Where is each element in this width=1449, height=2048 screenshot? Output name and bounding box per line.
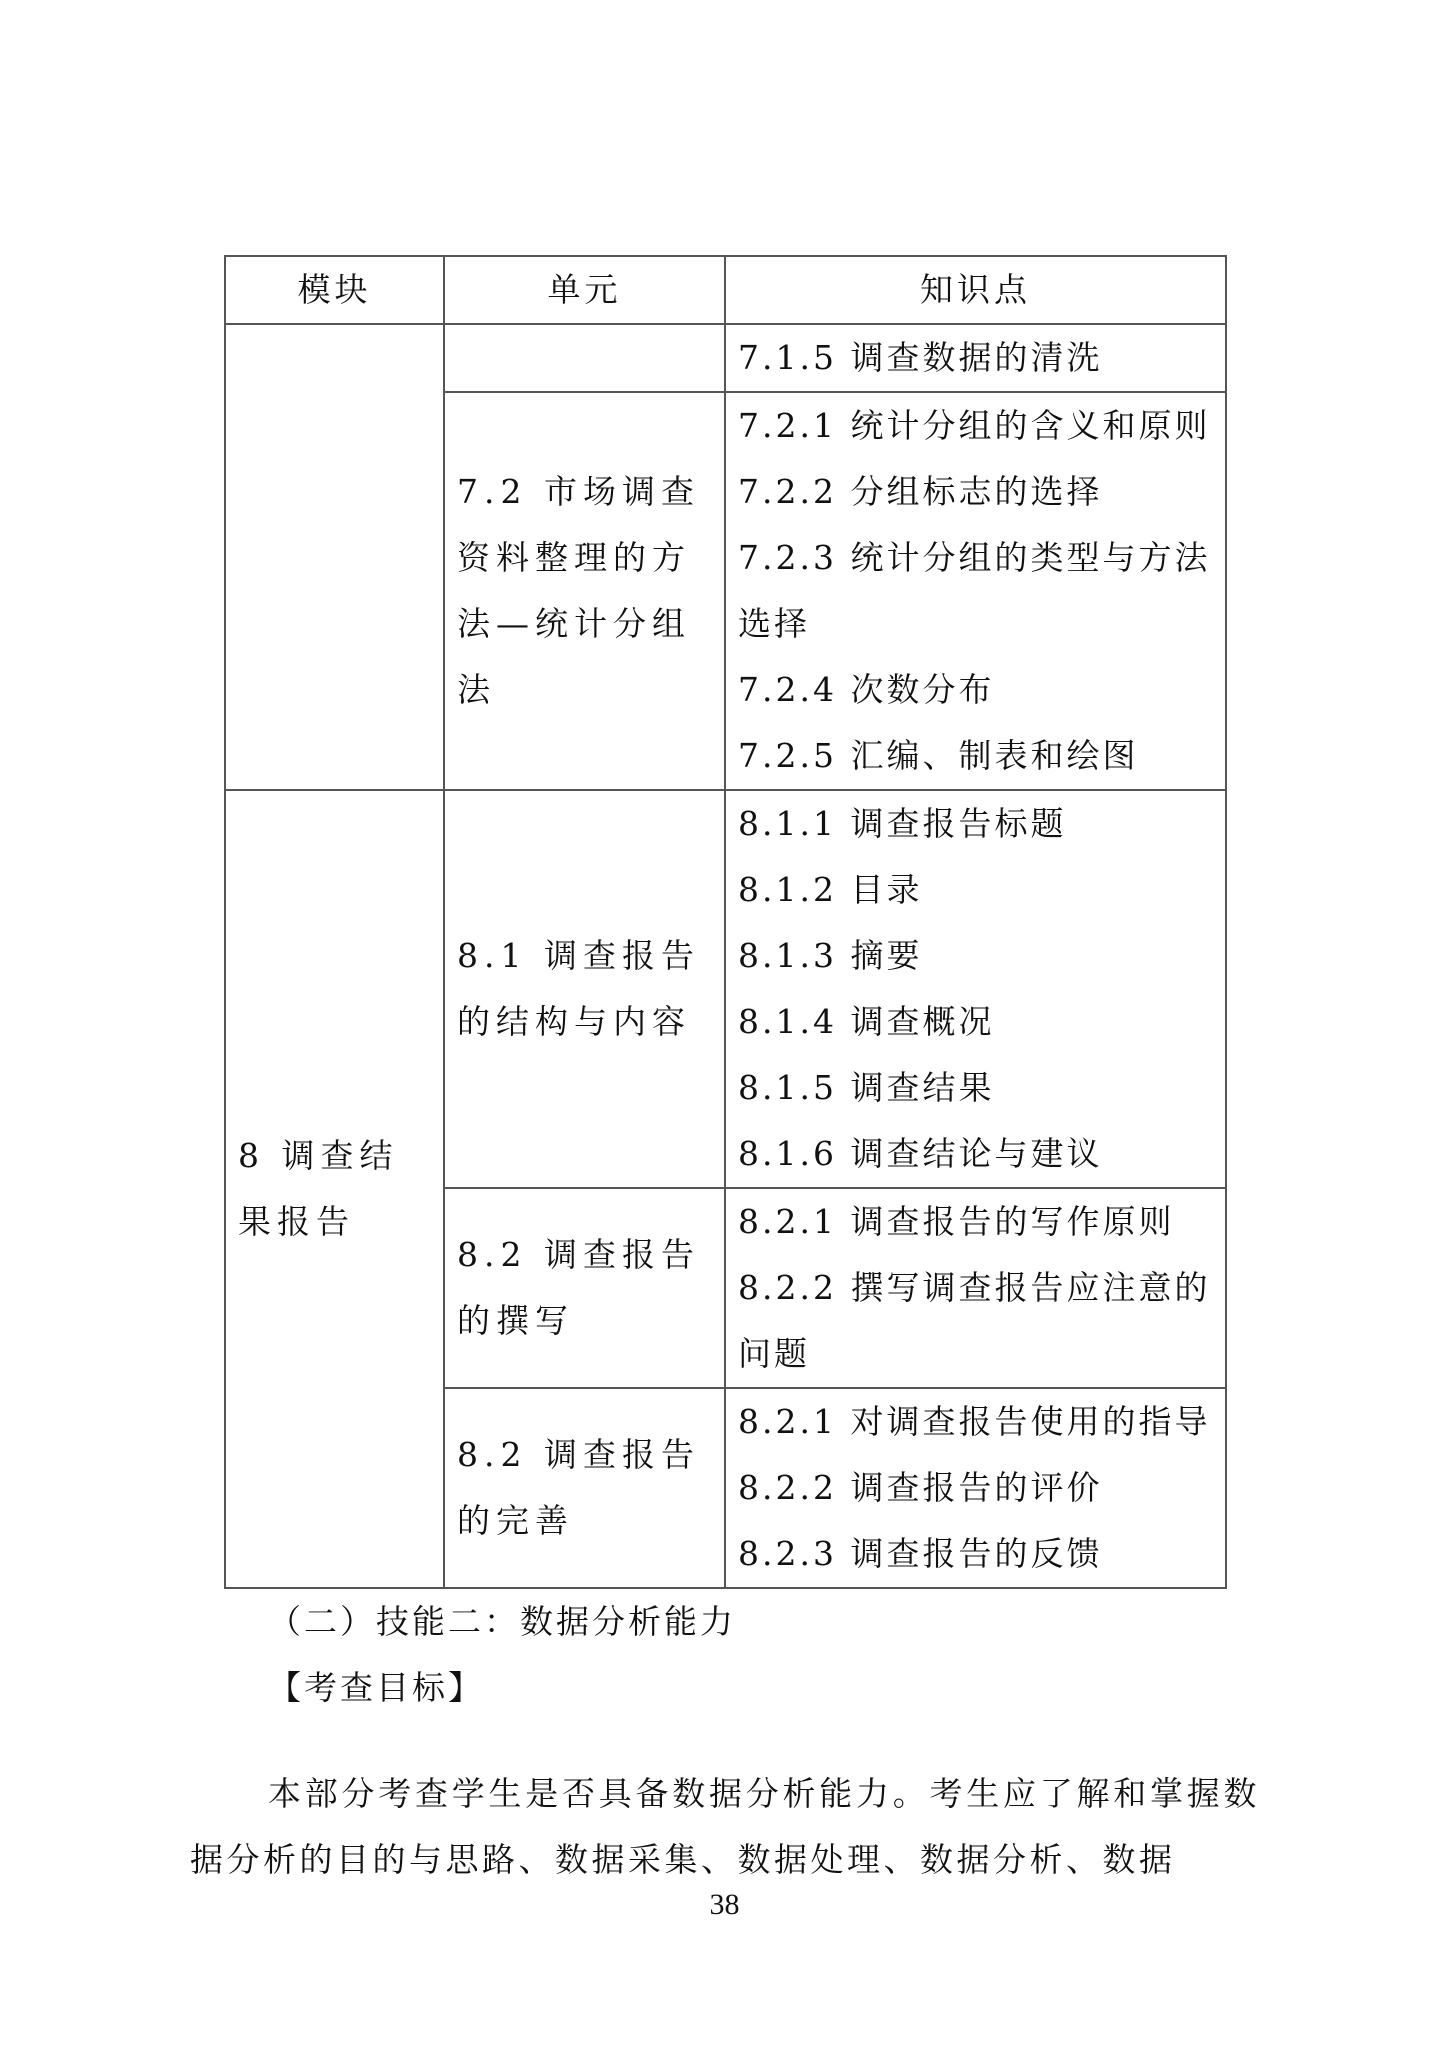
module-cell-7	[225, 324, 444, 790]
header-unit: 单元	[444, 256, 725, 324]
knowledge-point: 7.2.5 汇编、制表和绘图	[738, 723, 1213, 789]
knowledge-point: 8.2.1 调查报告的写作原则	[738, 1189, 1213, 1255]
knowledge-point: 8.2.2 调查报告的评价	[738, 1455, 1213, 1521]
document-page: 模块 单元 知识点 7.1.5 调查数据的清洗	[0, 0, 1449, 2048]
knowledge-point: 7.2.1 统计分组的含义和原则	[738, 393, 1213, 459]
table-header-row: 模块 单元 知识点	[225, 256, 1226, 324]
knowledge-point: 8.1.5 调查结果	[738, 1055, 1213, 1121]
knowledge-points-cell: 8.1.1 调查报告标题 8.1.2 目录 8.1.3 摘要 8.1.4 调查概…	[725, 790, 1226, 1188]
body-paragraph: 本部分考查学生是否具备数据分析能力。考生应了解和掌握数据分析的目的与思路、数据采…	[190, 1761, 1260, 1893]
assessment-objective-heading: 【考查目标】	[268, 1663, 484, 1713]
knowledge-point: 8.2.2 撰写调查报告应注意的问题	[738, 1255, 1213, 1387]
unit-cell: 8.2 调查报告的完善	[444, 1388, 725, 1588]
knowledge-point: 7.2.3 统计分组的类型与方法选择	[738, 525, 1213, 657]
unit-cell: 8.1 调查报告的结构与内容	[444, 790, 725, 1188]
knowledge-points-cell: 7.2.1 统计分组的含义和原则 7.2.2 分组标志的选择 7.2.3 统计分…	[725, 392, 1226, 790]
module-cell-8: 8 调查结果报告	[225, 790, 444, 1588]
knowledge-point: 8.2.3 调查报告的反馈	[738, 1521, 1213, 1587]
table-row: 8 调查结果报告 8.1 调查报告的结构与内容 8.1.1 调查报告标题 8.1…	[225, 790, 1226, 1188]
knowledge-points-cell: 8.2.1 对调查报告使用的指导 8.2.2 调查报告的评价 8.2.3 调查报…	[725, 1388, 1226, 1588]
knowledge-point: 8.1.6 调查结论与建议	[738, 1121, 1213, 1187]
unit-cell	[444, 324, 725, 392]
knowledge-points-cell: 8.2.1 调查报告的写作原则 8.2.2 撰写调查报告应注意的问题	[725, 1188, 1226, 1388]
syllabus-table: 模块 单元 知识点 7.1.5 调查数据的清洗	[224, 255, 1227, 1589]
knowledge-point: 8.2.1 对调查报告使用的指导	[738, 1389, 1213, 1455]
knowledge-point: 7.1.5 调查数据的清洗	[738, 325, 1213, 391]
table-row: 7.1.5 调查数据的清洗	[225, 324, 1226, 392]
knowledge-point: 7.2.4 次数分布	[738, 657, 1213, 723]
knowledge-point: 8.1.4 调查概况	[738, 989, 1213, 1055]
knowledge-points-cell: 7.1.5 调查数据的清洗	[725, 324, 1226, 392]
knowledge-point: 8.1.2 目录	[738, 857, 1213, 923]
knowledge-point: 8.1.1 调查报告标题	[738, 791, 1213, 857]
section-heading: （二）技能二：数据分析能力	[268, 1597, 736, 1647]
unit-cell: 8.2 调查报告的撰写	[444, 1188, 725, 1388]
header-knowledge-point: 知识点	[725, 256, 1226, 324]
header-module: 模块	[225, 256, 444, 324]
knowledge-point: 8.1.3 摘要	[738, 923, 1213, 989]
knowledge-point: 7.2.2 分组标志的选择	[738, 459, 1213, 525]
page-number: 38	[0, 1888, 1449, 1922]
unit-cell: 7.2 市场调查资料整理的方法—统计分组法	[444, 392, 725, 790]
